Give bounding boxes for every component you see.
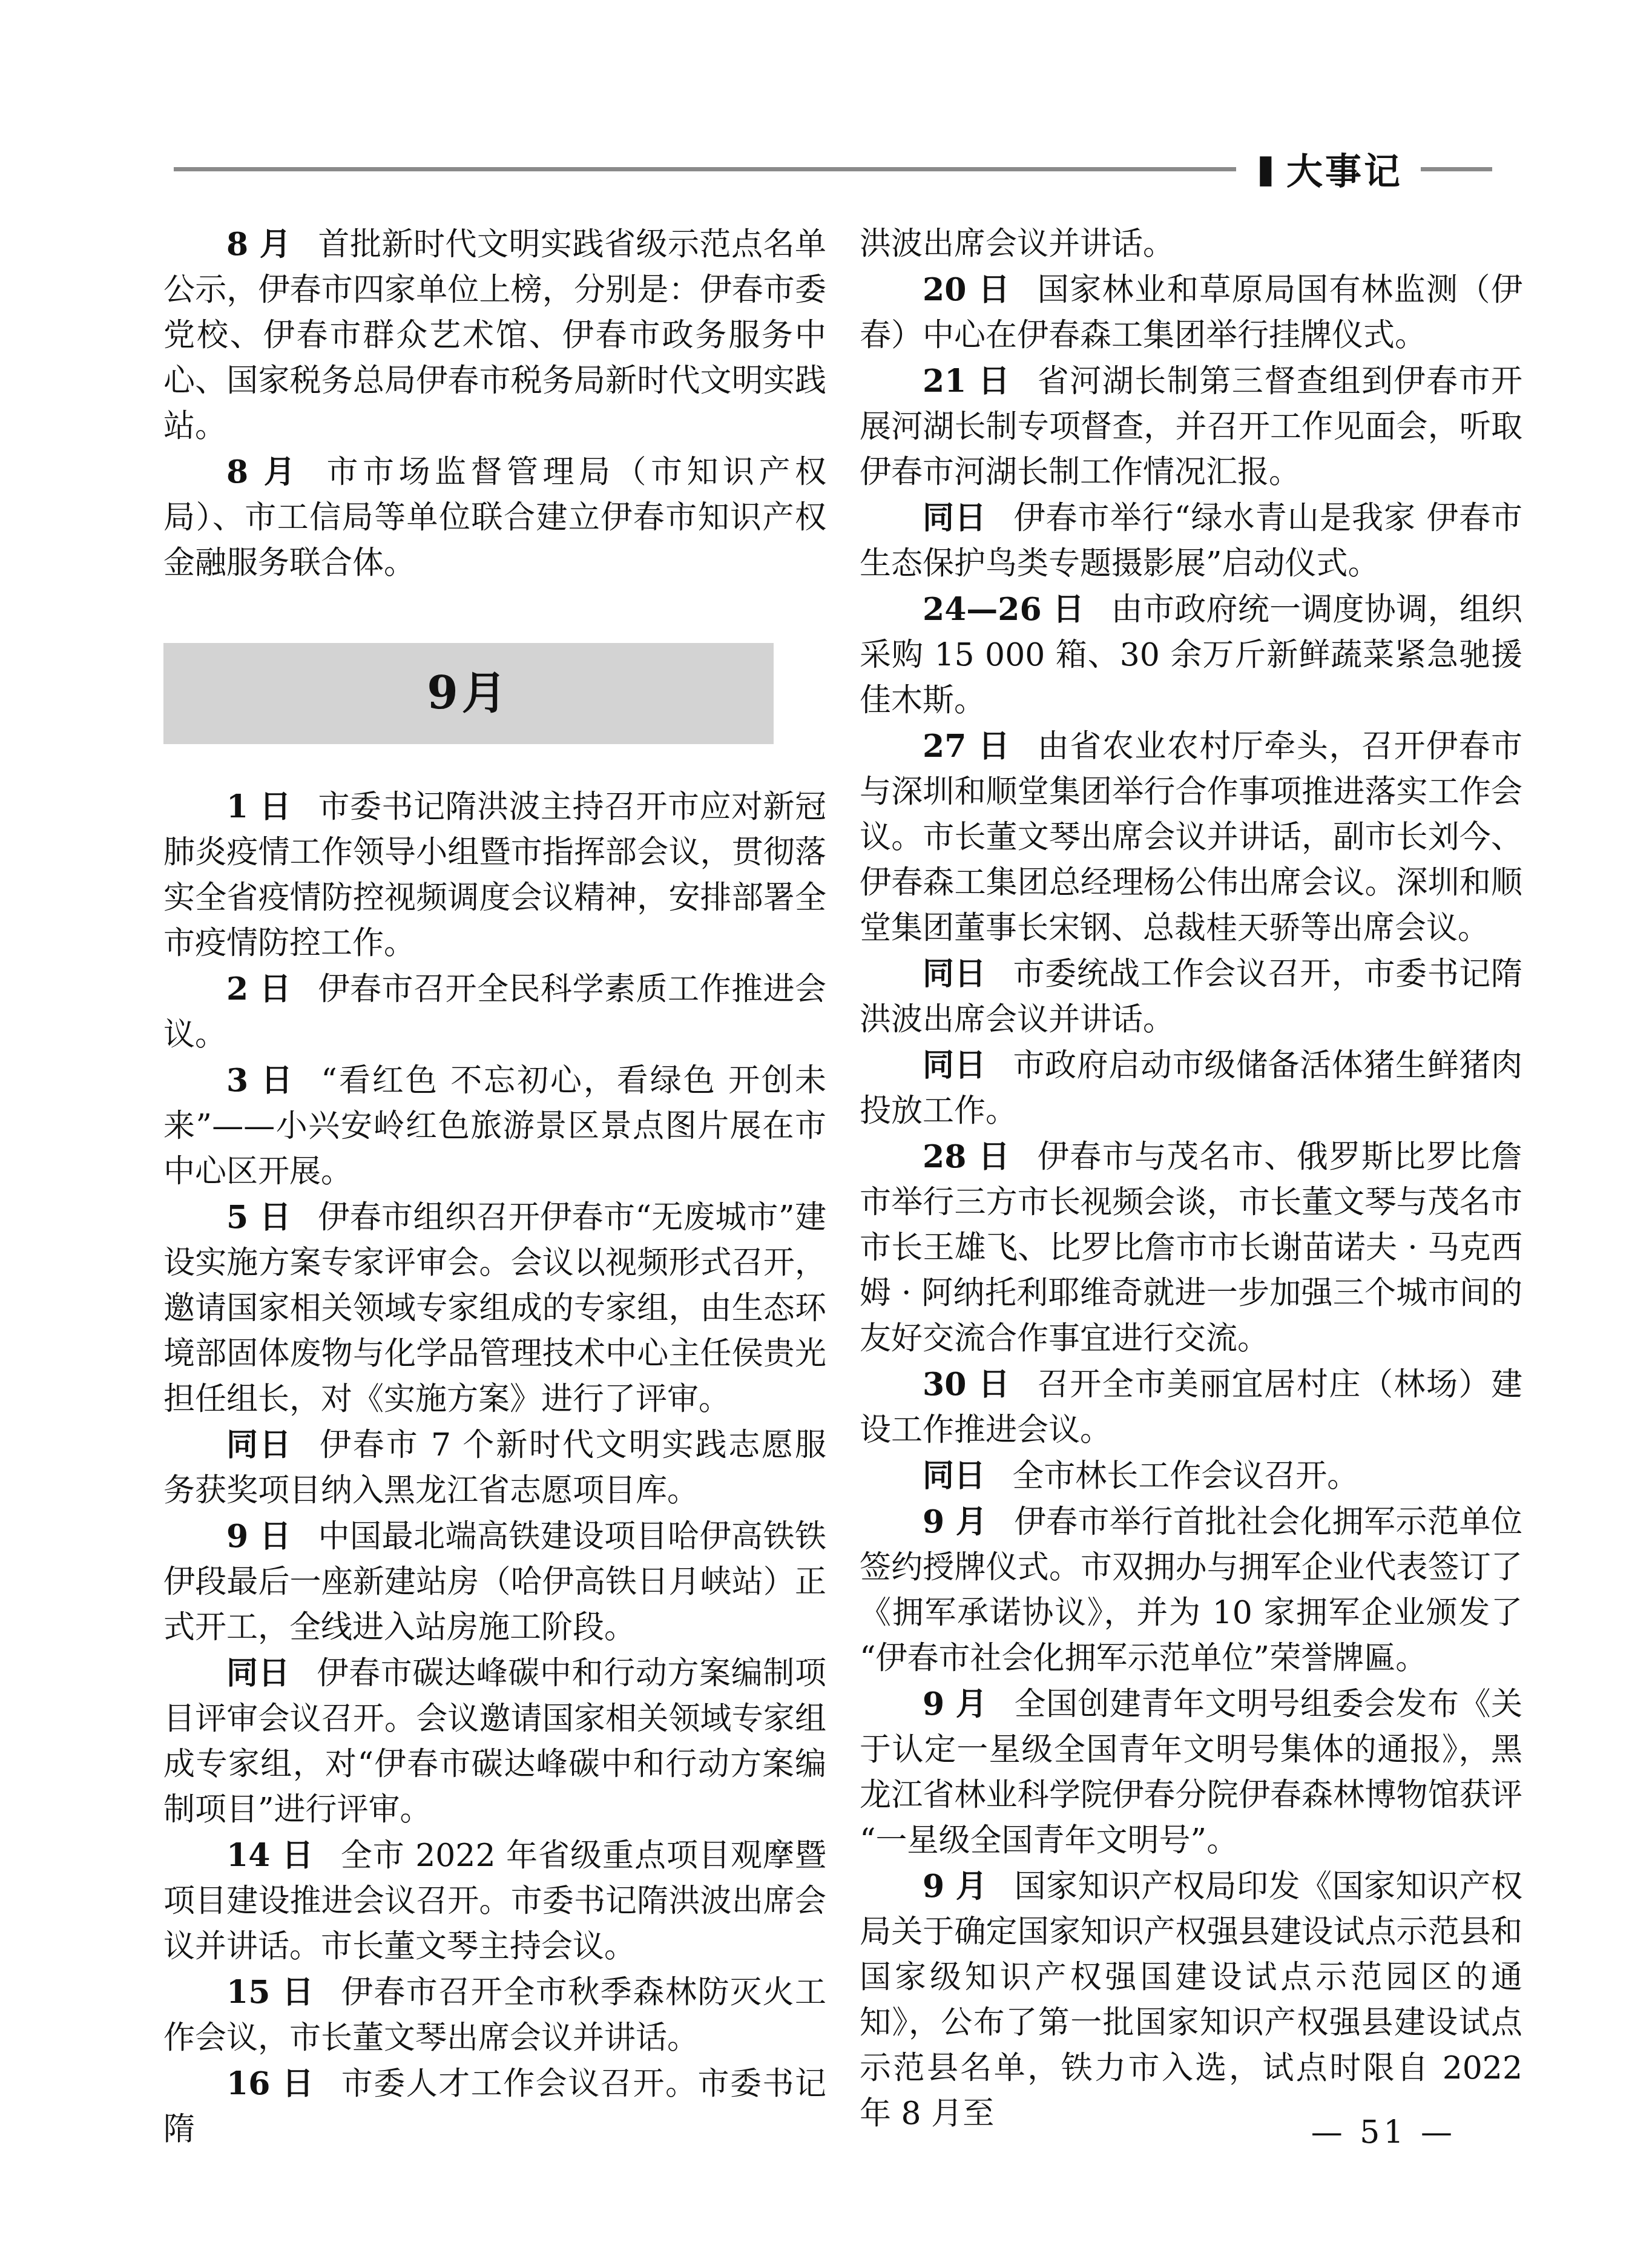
event-date: 5 日 [226,1199,291,1236]
section-marker-icon: ▮ [1257,150,1277,189]
event-paragraph: 2 日伊春市召开全民科学素质工作推进会议。 [163,966,826,1058]
event-paragraph: 洪波出席会议并讲话。 [860,222,1522,267]
event-date: 14 日 [226,1837,314,1874]
event-paragraph: 24—26 日由市政府统一调度协调，组织采购 15 000 箱、30 余万斤新鲜… [860,587,1522,724]
event-date: 28 日 [923,1138,1011,1175]
event-paragraph: 16 日市委人才工作会议召开。市委书记隋 [163,2061,826,2152]
event-paragraph: 28 日伊春市与茂名市、俄罗斯比罗比詹市举行三方市长视频会谈，市长董文琴与茂名市… [860,1134,1522,1362]
event-paragraph: 同日市委统战工作会议召开，市委书记隋洪波出席会议并讲话。 [860,951,1522,1043]
event-date: 9 月 [923,1503,987,1540]
event-paragraph: 15 日伊春市召开全市秋季森林防灭火工作会议，市长董文琴出席会议并讲话。 [163,1970,826,2061]
event-paragraph: 同日伊春市碳达峰碳中和行动方案编制项目评审会议召开。会议邀请国家相关领域专家组成… [163,1650,826,1833]
page-number: — 51 — [1311,2114,1456,2151]
event-date: 30 日 [923,1366,1011,1403]
event-date: 2 日 [226,971,291,1007]
event-text: 洪波出席会议并讲话。 [860,226,1174,262]
event-paragraph: 9 月国家知识产权局印发《国家知识产权局关于确定国家知识产权强县建设试点示范县和… [860,1864,1522,2137]
page-header: ▮ 大事记 [174,130,1492,208]
event-date: 21 日 [923,363,1011,400]
event-date: 同日 [226,1655,290,1692]
text-columns: 8 月首批新时代文明实践省级示范点名单公示，伊春市四家单位上榜，分别是：伊春市委… [163,222,1522,2152]
event-date: 20 日 [923,271,1011,308]
event-date: 同日 [923,500,987,536]
event-date: 同日 [923,955,986,992]
event-date: 3 日 [226,1062,294,1099]
event-paragraph: 9 月全国创建青年文明号组委会发布《关于认定一星级全国青年文明号集体的通报》，黑… [860,1681,1522,1864]
event-paragraph: 8 月首批新时代文明实践省级示范点名单公示，伊春市四家单位上榜，分别是：伊春市委… [163,222,826,449]
event-paragraph: 21 日省河湖长制第三督查组到伊春市开展河湖长制专项督查，并召开工作见面会，听取… [860,358,1522,495]
event-paragraph: 9 日中国最北端高铁建设项目哈伊高铁铁伊段最后一座新建站房（哈伊高铁日月峡站）正… [163,1514,826,1650]
page-footer: — 51 — [1311,2114,1456,2151]
month-banner: 9月 [163,643,774,744]
page: ▮ 大事记 8 月首批新时代文明实践省级示范点名单公示，伊春市四家单位上榜，分别… [0,0,1652,2242]
event-paragraph: 14 日全市 2022 年省级重点项目观摩暨项目建设推进会议召开。市委书记隋洪波… [163,1833,826,1970]
event-paragraph: 同日伊春市 7 个新时代文明实践志愿服务获奖项目纳入黑龙江省志愿项目库。 [163,1422,826,1514]
event-paragraph: 20 日国家林业和草原局国有林监测（伊春）中心在伊春森工集团举行挂牌仪式。 [860,267,1522,358]
event-date: 15 日 [226,1974,315,2011]
event-paragraph: 5 日伊春市组织召开伊春市“无废城市”建设实施方案专家评审会。会议以视频形式召开… [163,1195,826,1422]
event-paragraph: 同日市政府启动市级储备活体猪生鲜猪肉投放工作。 [860,1043,1522,1134]
event-paragraph: 27 日由省农业农村厅牵头，召开伊春市与深圳和顺堂集团举行合作事项推进落实工作会… [860,724,1522,951]
event-date: 24—26 日 [923,591,1084,628]
event-text: 全市林长工作会议召开。 [1012,1458,1358,1494]
event-date: 同日 [226,1426,293,1463]
left-column: 8 月首批新时代文明实践省级示范点名单公示，伊春市四家单位上榜，分别是：伊春市委… [163,222,826,2152]
event-date: 9 月 [923,1686,987,1723]
event-paragraph: 1 日市委书记隋洪波主持召开市应对新冠肺炎疫情工作领导小组暨市指挥部会议，贯彻落… [163,784,826,966]
month-banner-label: 9月 [427,671,510,716]
event-date: 同日 [923,1457,986,1494]
right-column: 洪波出席会议并讲话。20 日国家林业和草原局国有林监测（伊春）中心在伊春森工集团… [860,222,1522,2152]
event-paragraph: 30 日召开全市美丽宜居村庄（林场）建设工作推进会议。 [860,1362,1522,1453]
event-text: 国家知识产权局印发《国家知识产权局关于确定国家知识产权强县建设试点示范县和国家级… [860,1868,1522,2132]
event-date: 8 月 [226,226,291,263]
event-paragraph: 同日伊春市举行“绿水青山是我家 伊春市生态保护鸟类专题摄影展”启动仪式。 [860,495,1522,587]
header-rule-left [174,167,1236,171]
event-date: 9 日 [226,1518,291,1555]
event-paragraph: 3 日“看红色 不忘初心，看绿色 开创未来”——小兴安岭红色旅游景区景点图片展在… [163,1058,826,1195]
event-date: 同日 [923,1047,986,1084]
event-paragraph: 9 月伊春市举行首批社会化拥军示范单位签约授牌仪式。市双拥办与拥军企业代表签订了… [860,1499,1522,1681]
header-rule-right [1421,167,1492,171]
event-date: 27 日 [923,728,1011,765]
header-label: ▮ 大事记 [1257,143,1403,195]
event-date: 8 月 [226,453,300,490]
event-date: 16 日 [226,2065,315,2102]
page-title: 大事记 [1286,143,1403,195]
event-paragraph: 8 月市市场监督管理局（市知识产权局）、市工信局等单位联合建立伊春市知识产权金融… [163,449,826,586]
event-date: 9 月 [923,1868,987,1905]
event-paragraph: 同日全市林长工作会议召开。 [860,1453,1522,1499]
event-date: 1 日 [226,788,291,825]
